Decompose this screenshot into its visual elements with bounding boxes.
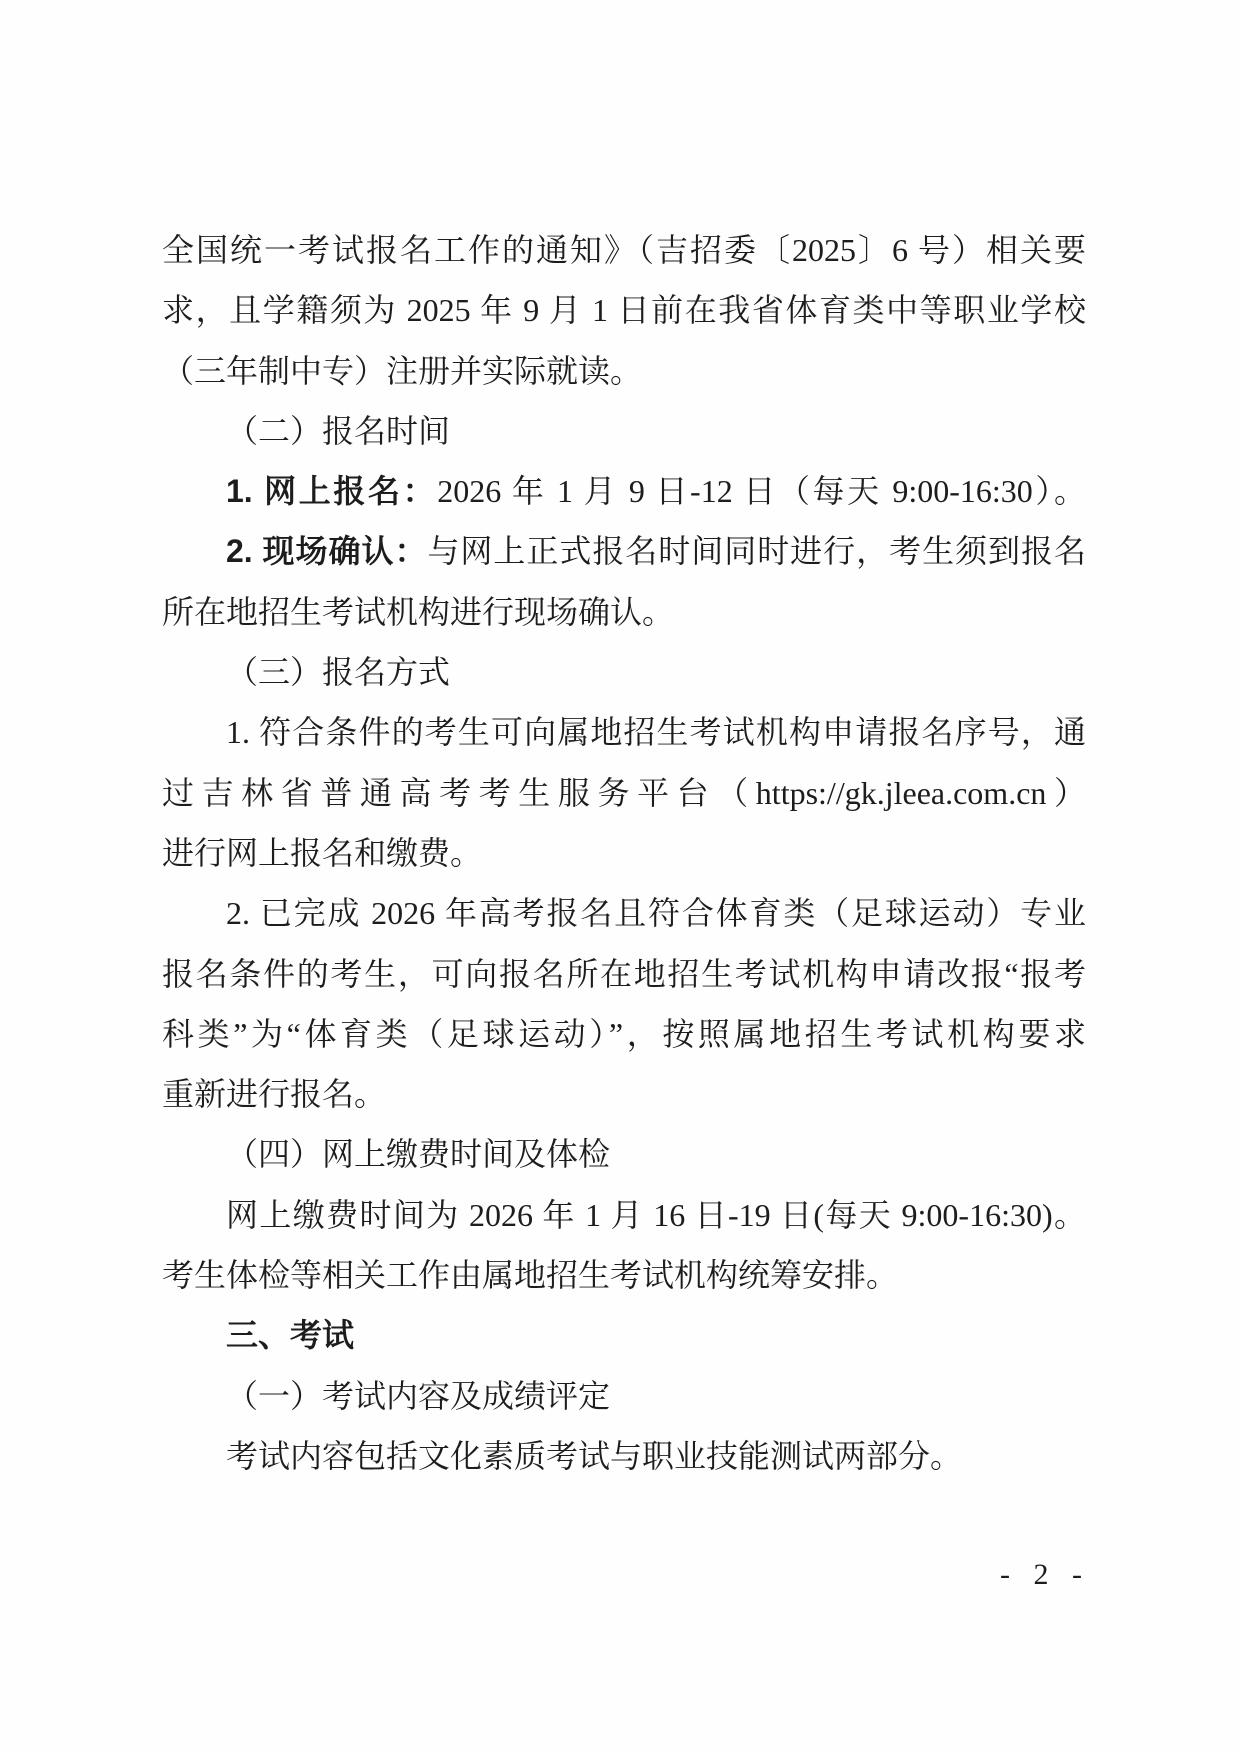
bold-run-label: 2. 现场确认： (226, 533, 427, 569)
line-text: 求，且学籍须为 2025 年 9 月 1 日前在我省体育类中等职业学校 (162, 292, 1086, 328)
body-line: 考生体检等相关工作由属地招生考试机构统筹安排。 (162, 1245, 1086, 1305)
body-line: 所在地招生考试机构进行现场确认。 (162, 582, 1086, 642)
line-text: 科类”为“体育类（足球运动）”，按照属地招生考试机构要求 (162, 1016, 1086, 1052)
body-line: （三年制中专）注册并实际就读。 (162, 341, 1086, 401)
body-line: 考试内容包括文化素质考试与职业技能测试两部分。 (162, 1426, 1086, 1486)
heading-registration-method: （三）报名方式 (162, 642, 1086, 702)
body-line-url: 过吉林省普通高考考生服务平台（https://gk.jleea.com.cn） (162, 763, 1086, 823)
document-body: 全国统一考试报名工作的通知》（吉招委〔2025〕6 号）相关要 求，且学籍须为 … (162, 220, 1086, 1486)
line-text: 所在地招生考试机构进行现场确认。 (162, 594, 674, 630)
body-line: 1. 符合条件的考生可向属地招生考试机构申请报名序号，通 (162, 702, 1086, 762)
document-page: 全国统一考试报名工作的通知》（吉招委〔2025〕6 号）相关要 求，且学籍须为 … (0, 0, 1240, 1753)
heading-registration-time: （二）报名时间 (162, 401, 1086, 461)
line-text: （二）报名时间 (226, 413, 450, 449)
body-line: 科类”为“体育类（足球运动）”，按照属地招生考试机构要求 (162, 1004, 1086, 1064)
body-line: 重新进行报名。 (162, 1064, 1086, 1124)
item-onsite-confirmation: 2. 现场确认：与网上正式报名时间同时进行，考生须到报名 (162, 521, 1086, 581)
body-line: 全国统一考试报名工作的通知》（吉招委〔2025〕6 号）相关要 (162, 220, 1086, 280)
line-text: （四）网上缴费时间及体检 (226, 1136, 610, 1172)
body-line: 求，且学籍须为 2025 年 9 月 1 日前在我省体育类中等职业学校 (162, 280, 1086, 340)
line-text: （一）考试内容及成绩评定 (226, 1378, 610, 1414)
line-text: 2026 年 1 月 9 日-12 日（每天 9:00-16:30）。 (437, 473, 1086, 509)
line-text: 进行网上报名和缴费。 (162, 835, 482, 871)
line-text: 与网上正式报名时间同时进行，考生须到报名 (427, 533, 1086, 569)
body-line: 2. 已完成 2026 年高考报名且符合体育类（足球运动）专业 (162, 883, 1086, 943)
line-text: 2. 已完成 2026 年高考报名且符合体育类（足球运动）专业 (226, 895, 1086, 931)
line-text: 考试内容包括文化素质考试与职业技能测试两部分。 (226, 1438, 962, 1474)
line-text: 重新进行报名。 (162, 1076, 386, 1112)
line-text: 报名条件的考生，可向报名所在地招生考试机构申请改报“报考 (162, 956, 1086, 992)
line-text: （三）报名方式 (226, 654, 450, 690)
body-line: 网上缴费时间为 2026 年 1 月 16 日-19 日(每天 9:00-16:… (162, 1185, 1086, 1245)
body-line: 进行网上报名和缴费。 (162, 823, 1086, 883)
line-text: 全国统一考试报名工作的通知》（吉招委〔2025〕6 号）相关要 (162, 232, 1086, 268)
line-text: 三、考试 (226, 1317, 354, 1353)
line-text: 过吉林省普通高考考生服务平台（https://gk.jleea.com.cn） (162, 775, 1086, 811)
heading-payment-time: （四）网上缴费时间及体检 (162, 1124, 1086, 1184)
bold-run-label: 1. 网上报名： (226, 473, 437, 509)
line-text: 1. 符合条件的考生可向属地招生考试机构申请报名序号，通 (226, 714, 1086, 750)
page-number: - 2 - (1000, 1558, 1090, 1592)
heading-examination: 三、考试 (162, 1305, 1086, 1365)
line-text: 考生体检等相关工作由属地招生考试机构统筹安排。 (162, 1257, 898, 1293)
item-online-registration: 1. 网上报名：2026 年 1 月 9 日-12 日（每天 9:00-16:3… (162, 461, 1086, 521)
line-text: 网上缴费时间为 2026 年 1 月 16 日-19 日(每天 9:00-16:… (226, 1197, 1086, 1233)
body-line: 报名条件的考生，可向报名所在地招生考试机构申请改报“报考 (162, 944, 1086, 1004)
line-text: （三年制中专）注册并实际就读。 (162, 353, 642, 389)
heading-exam-content: （一）考试内容及成绩评定 (162, 1366, 1086, 1426)
